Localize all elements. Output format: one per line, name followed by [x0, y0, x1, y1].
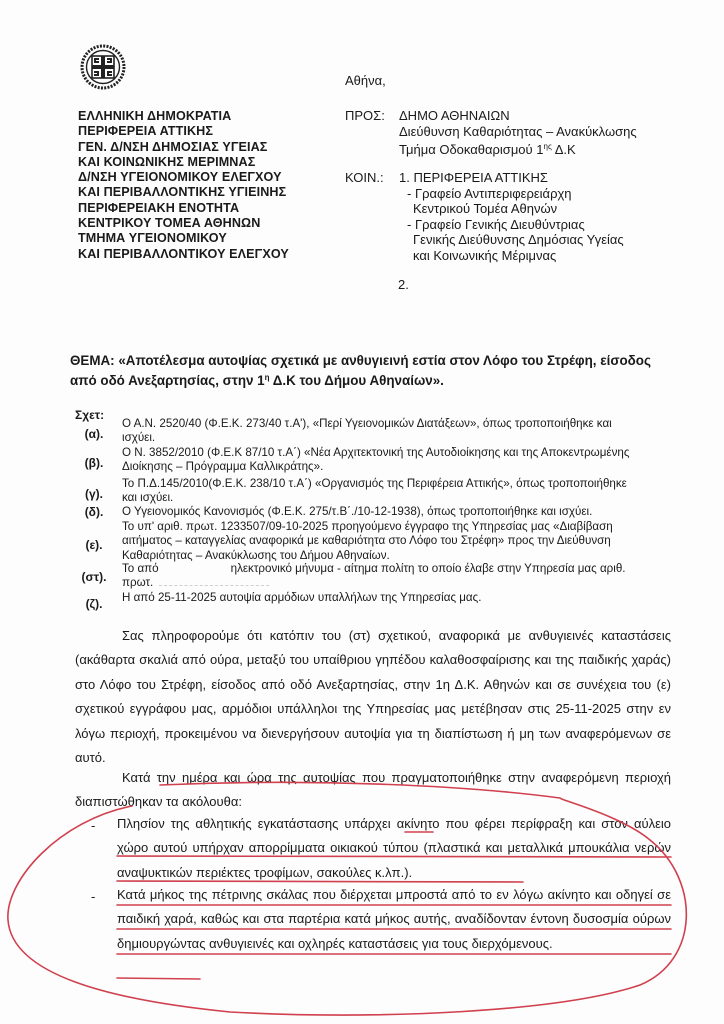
sender-line: ΠΕΡΙΦΕΡΕΙΑ ΑΤΤΙΚΗΣ	[78, 124, 289, 139]
finding-item: Πλησίον της αθλητικής εγκατάστασης υπάρχ…	[117, 812, 671, 885]
bullet-marker: -	[91, 889, 95, 904]
sender-line: ΕΛΛΗΝΙΚΗ ΔΗΜΟΚΡΑΤΙΑ	[78, 109, 289, 124]
greek-coat-of-arms-icon	[80, 44, 126, 90]
bullet-marker: -	[91, 818, 95, 833]
sender-line: ΚΑΙ ΠΕΡΙΒΑΛΛΟΝΤΙΚΟΥ ΕΛΕΓΧΟΥ	[78, 247, 289, 262]
cc-subitem: - Γραφείο Αντιπεριφερειάρχη	[399, 186, 624, 202]
cc-item: 1. ΠΕΡΙΦΕΡΕΙΑ ΑΤΤΙΚΗΣ	[399, 170, 624, 186]
recipient-line: ΔΗΜΟ ΑΘΗΝΑΙΩΝ	[399, 108, 637, 124]
cc-subitem: και Κοινωνικής Μέριμνας	[399, 248, 624, 264]
sender-line: ΓΕΝ. Δ/ΝΣΗ ΔΗΜΟΣΙΑΣ ΥΓΕΙΑΣ	[78, 140, 289, 155]
sender-line: ΚΑΙ ΠΕΡΙΒΑΛΛΟΝΤΙΚΗΣ ΥΓΙΕΙΝΗΣ	[78, 185, 289, 200]
cc-item: 2.	[398, 277, 409, 292]
redacted-number	[159, 579, 269, 586]
body-paragraph: Κατά την ημέρα και ώρα της αυτοψίας που …	[75, 766, 671, 815]
sender-line: ΠΕΡΙΦΕΡΕΙΑΚΗ ΕΝΟΤΗΤΑ	[78, 201, 289, 216]
sender-line: ΚΕΝΤΡΙΚΟΥ ΤΟΜΕΑ ΑΘΗΝΩΝ	[78, 216, 289, 231]
recipient-line: Τμήμα Οδοκαθαρισμού 1ης Δ.Κ	[399, 139, 637, 158]
cc-label: ΚΟΙΝ.:	[345, 170, 399, 263]
recipient-line: Διεύθυνση Καθαριότητας – Ανακύκλωσης	[399, 124, 637, 140]
cc-subitem: Γενικής Διεύθυνσης Δημόσιας Υγείας	[399, 232, 624, 248]
sender-line: Δ/ΝΣΗ ΥΓΕΙΟΝΟΜΙΚΟΥ ΕΛΕΓΧΟΥ	[78, 170, 289, 185]
cc-subitem: - Γραφείο Γενικής Διευθύντριας	[399, 217, 624, 233]
sender-line: ΤΜΗΜΑ ΥΓΕΙΟΝΟΜΙΚΟΥ	[78, 231, 289, 246]
recipient-label: ΠΡΟΣ:	[345, 108, 399, 158]
subject: ΘΕΜΑ: «Αποτέλεσμα αυτοψίας σχετικά με αν…	[70, 352, 690, 389]
body-paragraph: Σας πληροφορούμε ότι κατόπιν του (στ) σχ…	[75, 624, 671, 770]
references-heading: Σχετ:	[75, 408, 104, 422]
finding-item: Κατά μήκος της πέτρινης σκάλας που διέρχ…	[117, 883, 671, 956]
cc-block: ΚΟΙΝ.: 1. ΠΕΡΙΦΕΡΕΙΑ ΑΤΤΙΚΗΣ - Γραφείο Α…	[345, 170, 624, 263]
sender-line: ΚΑΙ ΚΟΙΝΩΝΙΚΗΣ ΜΕΡΙΜΝΑΣ	[78, 155, 289, 170]
recipient-block: ΠΡΟΣ: ΔΗΜΟ ΑΘΗΝΑΙΩΝ Διεύθυνση Καθαριότητ…	[345, 108, 637, 158]
document-page: ΕΛΛΗΝΙΚΗ ΔΗΜΟΚΡΑΤΙΑ ΠΕΡΙΦΕΡΕΙΑ ΑΤΤΙΚΗΣ Γ…	[0, 0, 724, 1024]
city-date: Αθήνα,	[345, 73, 386, 88]
sender-block: ΕΛΛΗΝΙΚΗ ΔΗΜΟΚΡΑΤΙΑ ΠΕΡΙΦΕΡΕΙΑ ΑΤΤΙΚΗΣ Γ…	[78, 109, 289, 262]
cc-subitem: Κεντρικού Τομέα Αθηνών	[399, 201, 624, 217]
